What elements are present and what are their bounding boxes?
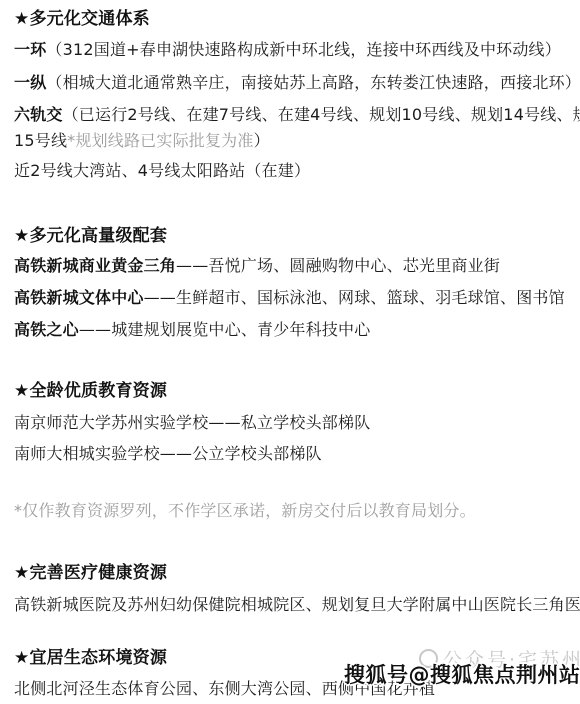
line-body: ——城建规划展览中心、青少年科技中心 (79, 320, 371, 339)
section-heading-education: ★全龄优质教育资源 (14, 380, 167, 402)
text-line: 南师大相城实验学校——公立学校头部梯队 (14, 443, 322, 465)
line-body: ） (254, 131, 270, 150)
line-body: 南京师范大学苏州实验学校——私立学校头部梯队 (14, 413, 370, 432)
line-note: *规划线路已实际批复为准 (67, 131, 253, 150)
text-line: 近2号线大湾站、4号线太阳路站（在建） (14, 160, 310, 182)
line-body: 15号线 (14, 131, 67, 150)
line-body: （312国道+春申湖快速路构成新中环北线，连接中环西线及中环动线） (46, 40, 561, 59)
text-line: 高铁之心——城建规划展览中心、青少年科技中心 (14, 319, 370, 341)
line-lead: 一环 (14, 40, 46, 59)
section-heading-medical: ★完善医疗健康资源 (14, 562, 167, 584)
text-line: 一纵（相城大道北通常熟辛庄，南接姑苏上高路，东转娄江快速路，西接北环） (14, 72, 580, 94)
text-line: 六轨交（已运行2号线、在建7号线、在建4号线、规划10号线、规划14号线、规划 (14, 104, 580, 126)
text-line: 高铁新城文体中心——生鲜超市、国标泳池、网球、篮球、羽毛球馆、图书馆 (14, 287, 565, 309)
text-line: 南京师范大学苏州实验学校——私立学校头部梯队 (14, 412, 370, 434)
line-lead: 一纵 (14, 73, 46, 92)
section-heading-ecology: ★宜居生态环境资源 (14, 647, 167, 669)
watermark-sohu-focus: 搜狐号@搜狐焦点荆州站 (344, 662, 580, 688)
line-body: 高铁新城医院及苏州妇幼保健院相城院区、规划复旦大学附属中山医院长三角医院 (14, 595, 580, 614)
line-body: ——生鲜超市、国标泳池、网球、篮球、羽毛球馆、图书馆 (144, 288, 565, 307)
text-line: 一环（312国道+春申湖快速路构成新中环北线，连接中环西线及中环动线） (14, 39, 561, 61)
section-heading-amenities: ★多元化高量级配套 (14, 225, 167, 247)
text-line: 15号线*规划线路已实际批复为准） (14, 130, 270, 152)
line-lead: 高铁新城文体中心 (14, 288, 144, 307)
line-body: （相城大道北通常熟辛庄，南接姑苏上高路，东转娄江快速路，西接北环） (46, 73, 580, 92)
line-lead: 高铁之心 (14, 320, 79, 339)
article-page: ★多元化交通体系 一环（312国道+春申湖快速路构成新中环北线，连接中环西线及中… (0, 0, 580, 704)
education-disclaimer: *仅作教育资源罗列，不作学区承诺，新房交付后以教育局划分。 (14, 500, 476, 522)
line-lead: 高铁新城商业黄金三角 (14, 256, 176, 275)
text-line: 高铁新城商业黄金三角——吾悦广场、圆融购物中心、芯光里商业街 (14, 255, 500, 277)
line-lead: 六轨交 (14, 105, 63, 124)
line-body: 近2号线大湾站、4号线太阳路站（在建） (14, 161, 310, 180)
text-line: 高铁新城医院及苏州妇幼保健院相城院区、规划复旦大学附属中山医院长三角医院 (14, 594, 580, 616)
line-body: 南师大相城实验学校——公立学校头部梯队 (14, 444, 322, 463)
line-body: （已运行2号线、在建7号线、在建4号线、规划10号线、规划14号线、规划 (63, 105, 580, 124)
section-heading-transport: ★多元化交通体系 (14, 8, 150, 30)
line-body: ——吾悦广场、圆融购物中心、芯光里商业街 (176, 256, 500, 275)
